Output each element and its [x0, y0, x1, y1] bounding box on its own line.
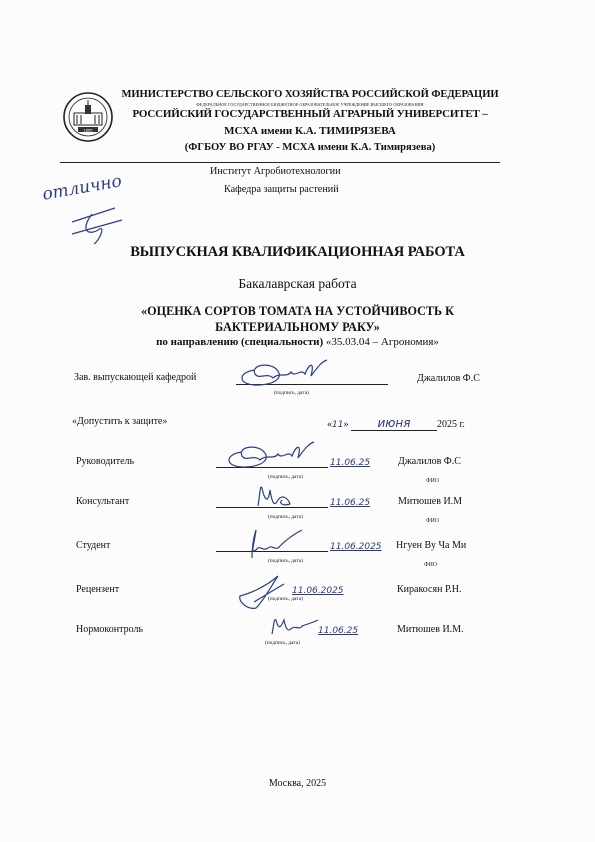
head-of-department-name: Джалилов Ф.С — [417, 373, 480, 384]
signature-date: 11.06.25 — [330, 498, 370, 508]
head-signature-icon — [235, 358, 335, 388]
department-name: Кафедра защиты растений — [224, 184, 339, 195]
header-divider — [60, 162, 500, 163]
direction-value: «35.03.04 – Агрономия» — [326, 336, 439, 348]
approval-date: «11» июня2025 г. — [327, 416, 465, 431]
approval-label: «Допустить к защите» — [72, 416, 167, 427]
day-close-quote: » — [343, 419, 348, 430]
signatory-name: Киракосян Р.Н. — [397, 584, 461, 595]
thesis-topic-line-1: «ОЦЕНКА СОРТОВ ТОМАТА НА УСТОЙЧИВОСТЬ К — [0, 304, 595, 319]
signatory-role: Студент — [76, 540, 110, 551]
signatory-name: Джалилов Ф.С — [398, 456, 461, 467]
head-signature-caption: (подпись, дата) — [274, 390, 309, 396]
university-short-name: (ФГБОУ ВО РГАУ - МСХА имени К.А. Тимиряз… — [120, 142, 500, 153]
signature-icon — [238, 480, 338, 516]
signatory-name: Митюшев И.М — [398, 496, 462, 507]
university-seal-icon: 1865 — [62, 86, 114, 148]
signature-icon — [222, 440, 322, 476]
signature-caption: (подпись, дата) — [268, 514, 303, 520]
head-of-department-label: Зав. выпускающей кафедрой — [74, 372, 196, 383]
signature-date: 11.06.2025 — [330, 542, 382, 552]
signature-caption: (подпись, дата) — [268, 596, 303, 602]
signature-date: 11.06.2025 — [292, 586, 344, 596]
signatory-role: Нормоконтроль — [76, 624, 143, 635]
thesis-topic-line-2: БАКТЕРИАЛЬНОМУ РАКУ» — [0, 320, 595, 335]
federal-institution-line: ФЕДЕРАЛЬНОЕ ГОСУДАРСТВЕННОЕ БЮДЖЕТНОЕ ОБ… — [120, 102, 500, 107]
city-year: Москва, 2025 — [0, 778, 595, 789]
signatory-name: Нгуен Ву Ча Ми — [396, 540, 466, 551]
fio-caption: ФИО — [426, 478, 439, 484]
signatory-role: Консультант — [76, 496, 129, 507]
signature-date: 11.06.25 — [318, 626, 358, 636]
signatory-role: Руководитель — [76, 456, 134, 467]
ministry-heading: МИНИСТЕРСТВО СЕЛЬСКОГО ХОЗЯЙСТВА РОССИЙС… — [120, 89, 500, 100]
signatory-name: Митюшев И.М. — [397, 624, 464, 635]
university-heading: РОССИЙСКИЙ ГОСУДАРСТВЕННЫЙ АГРАРНЫЙ УНИВ… — [120, 108, 500, 120]
signature-caption: (подпись, дата) — [268, 558, 303, 564]
university-name: МСХА имени К.А. ТИМИРЯЗЕВА — [120, 125, 500, 137]
grade-initials-signature-icon — [70, 200, 125, 245]
signature-date: 11.06.25 — [330, 458, 370, 468]
signatory-role: Рецензент — [76, 584, 119, 595]
fio-caption: ФИО — [426, 518, 439, 524]
degree-type: Бакалаврская работа — [0, 276, 595, 292]
work-type-title: ВЫПУСКНАЯ КВАЛИФИКАЦИОННАЯ РАБОТА — [0, 244, 595, 261]
study-direction: по направлению (специальности) «35.03.04… — [0, 336, 595, 348]
fio-caption: ФИО — [424, 562, 437, 568]
signature-caption: (подпись, дата) — [265, 640, 300, 646]
approval-day: 11 — [332, 420, 343, 430]
direction-prefix: по направлению (специальности) — [156, 336, 323, 348]
approval-month: июня — [377, 416, 410, 430]
institute-name: Институт Агробиотехнологии — [210, 166, 341, 177]
svg-text:1865: 1865 — [84, 127, 94, 132]
approval-year: 2025 г. — [437, 419, 465, 430]
approval-month-field: июня — [351, 416, 437, 431]
